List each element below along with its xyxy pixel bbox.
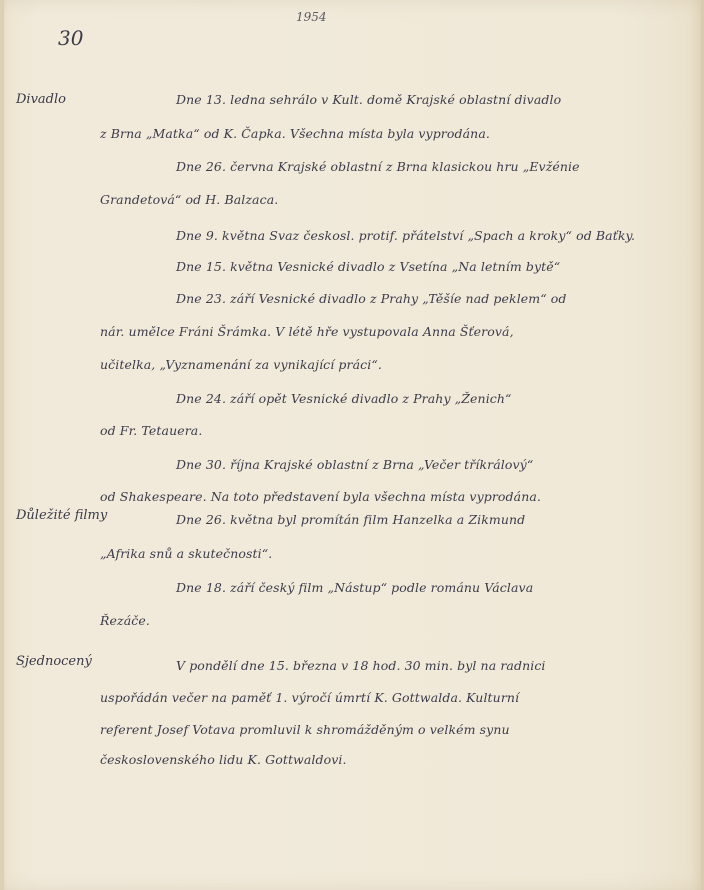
- paper-edge-left: [0, 0, 4, 890]
- text-line: Dne 26. května byl promítán film Hanzelk…: [176, 512, 525, 527]
- text-line: od Shakespeare. Na toto představení byla…: [100, 489, 541, 504]
- text-line: referent Josef Votava promluvil k shromá…: [100, 722, 510, 737]
- text-line: Dne 13. ledna sehrálo v Kult. domě Krajs…: [176, 92, 561, 107]
- manuscript-page: 1954 30 Divadlo Dne 13. ledna sehrálo v …: [0, 0, 704, 890]
- text-line: učitelka, „Vyznamenání za vynikající prá…: [100, 357, 382, 372]
- text-line: Dne 9. května Svaz českosl. protif. přát…: [176, 228, 635, 243]
- text-line: Dne 15. května Vesnické divadlo z Vsetín…: [176, 259, 560, 274]
- section-label: Divadlo: [16, 92, 66, 107]
- text-line: Dne 30. října Krajské oblastní z Brna „V…: [176, 457, 533, 472]
- section-label: Sjednocený: [16, 654, 92, 669]
- year-heading: 1954: [296, 10, 327, 24]
- text-line: z Brna „Matka“ od K. Čapka. Všechna míst…: [100, 126, 490, 141]
- page-number: 30: [58, 26, 83, 50]
- text-line: Dne 24. září opět Vesnické divadlo z Pra…: [176, 391, 512, 406]
- text-line: československého lidu K. Gottwaldovi.: [100, 752, 347, 767]
- section-label: Důležité filmy: [16, 508, 107, 523]
- text-line: „Afrika snů a skutečnosti“.: [100, 546, 272, 561]
- text-line: V pondělí dne 15. března v 18 hod. 30 mi…: [176, 658, 546, 673]
- text-line: Grandetová“ od H. Balzaca.: [100, 192, 278, 207]
- text-line: uspořádán večer na paměť 1. výročí úmrtí…: [100, 690, 519, 705]
- text-line: od Fr. Tetauera.: [100, 423, 202, 438]
- text-line: Dne 26. června Krajské oblastní z Brna k…: [176, 159, 580, 174]
- text-line: nár. umělce Fráni Šrámka. V létě hře vys…: [100, 324, 514, 339]
- text-line: Dne 23. září Vesnické divadlo z Prahy „T…: [176, 291, 567, 306]
- text-line: Řezáče.: [100, 613, 150, 628]
- text-line: Dne 18. září český film „Nástup“ podle r…: [176, 580, 533, 595]
